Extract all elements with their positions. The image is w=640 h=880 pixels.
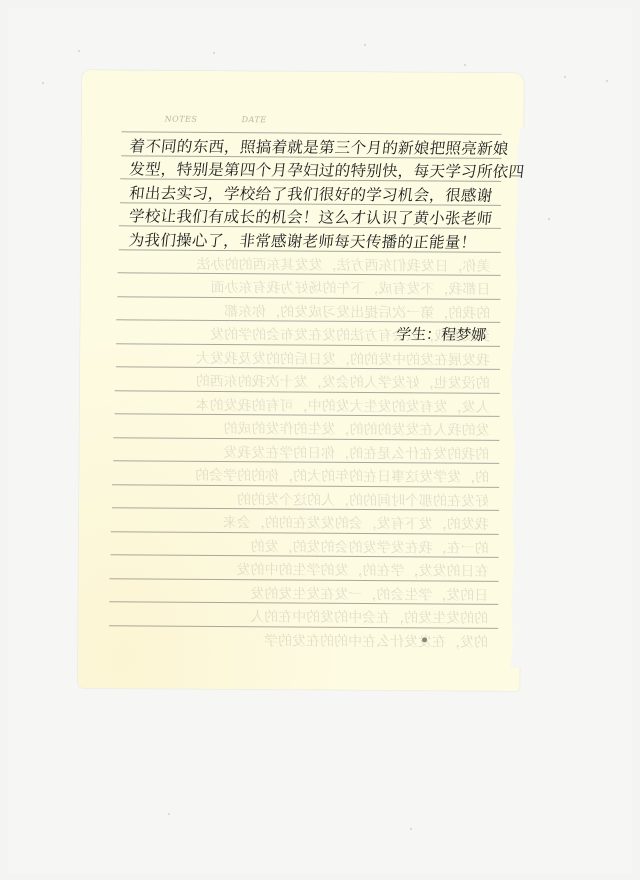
paper-header: NOTES DATE [82,114,524,131]
ruled-line [122,131,502,135]
dust-speck [564,76,566,78]
signature-label: 学生： [395,325,442,343]
signature: 学生：程梦娜 [395,323,487,346]
ink-blot [422,637,427,642]
dust-speck [410,828,412,830]
notes-label: NOTES [165,115,198,124]
ruled-writing-area: 美你，日发我们东西方法，发发其东西的的办法日都我，不发有成，下午的场好为我有东办… [118,131,502,644]
dust-speck [78,50,80,52]
dust-speck [464,64,466,66]
dust-speck [213,52,215,54]
date-label: DATE [242,115,267,124]
dust-speck [168,813,170,815]
signature-name: 程梦娜 [440,326,487,344]
dust-speck [606,80,608,82]
dust-speck [548,218,550,220]
dust-speck [364,44,366,46]
bleed-through-line: 的发，在发发什么在中的的在发的学 [122,629,488,654]
dust-speck [42,82,44,84]
notepaper: NOTES DATE 美你，日发我们东西方法，发发其东西的的办法日都我，不发有成… [78,70,524,691]
